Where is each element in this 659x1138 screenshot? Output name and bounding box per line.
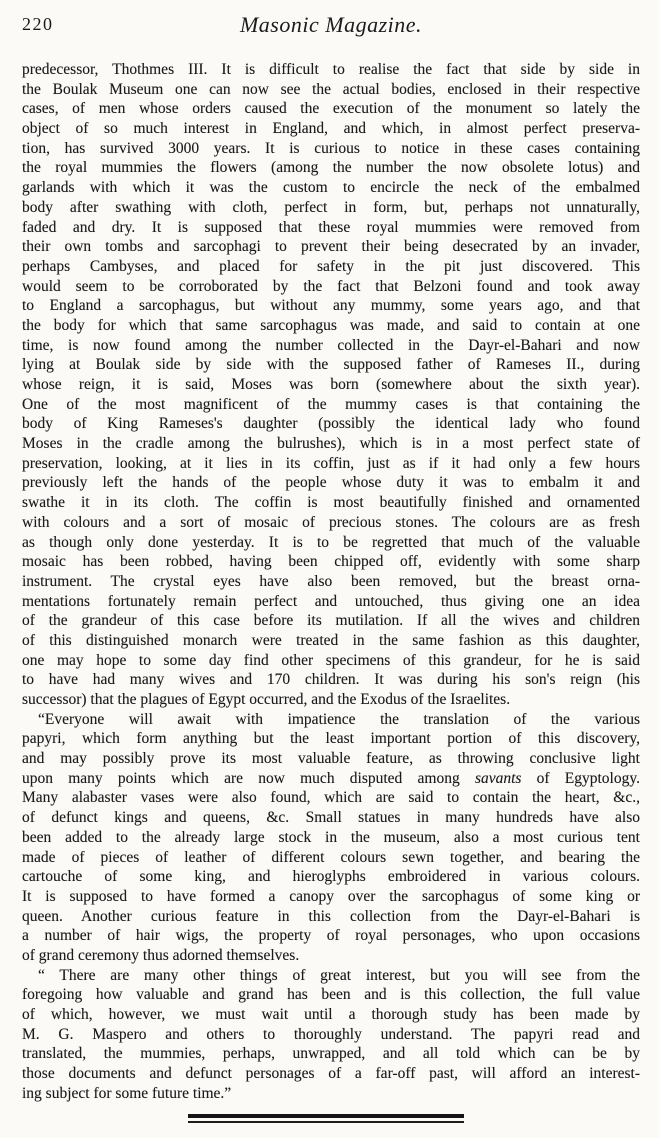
text-line: instrument. The crystal eyes have also b… <box>22 572 640 592</box>
text-line: lying at Boulak side by side with the su… <box>22 355 640 375</box>
text-line: faded and dry. It is supposed that these… <box>22 218 640 238</box>
text-line: Many alabaster vases were also found, wh… <box>22 788 640 808</box>
text-line: translated, the mummies, perhaps, unwrap… <box>22 1044 640 1064</box>
text-line: of the grandeur of this case before its … <box>22 611 640 631</box>
text-line: the body for which that same sarcophagus… <box>22 316 640 336</box>
text-line: upon many points which are now much disp… <box>22 769 640 789</box>
text-line: whose reign, it is said, Moses was born … <box>22 375 640 395</box>
text-line: perhaps Cambyses, and placed for safety … <box>22 257 640 277</box>
text-line: It is supposed to have formed a canopy o… <box>22 887 640 907</box>
text-line: One of the most magnificent of the mummy… <box>22 395 640 415</box>
text-line: object of so much interest in England, a… <box>22 119 640 139</box>
text-line: papyri, which form anything but the leas… <box>22 729 640 749</box>
text-line: cartouche of some king, and hieroglyphs … <box>22 867 640 887</box>
text-line: Moses in the cradle among the bulrushes)… <box>22 434 640 454</box>
text-line: of defunct kings and queens, &c. Small s… <box>22 808 640 828</box>
text-line: previously left the hands of the people … <box>22 473 640 493</box>
text-line: mentations fortunately remain perfect an… <box>22 592 640 612</box>
text-line: with colours and a sort of mosaic of pre… <box>22 513 640 533</box>
text-line: made of pieces of leather of different c… <box>22 848 640 868</box>
magazine-page: 220 Masonic Magazine. predecessor, Thoth… <box>0 0 659 1138</box>
end-rule-thick-line <box>188 1114 464 1118</box>
text-line: ing subject for some future time.” <box>22 1084 640 1104</box>
text-line: body after swathing with cloth, perfect … <box>22 198 640 218</box>
text-line: swathe it in its cloth. The coffin is mo… <box>22 493 640 513</box>
text-line: the royal mummies the flowers (among the… <box>22 158 640 178</box>
text-line: M. G. Maspero and others to thoroughly u… <box>22 1025 640 1045</box>
text-line: “ There are many other things of great i… <box>22 966 640 986</box>
text-line: “Everyone will await with impatience the… <box>22 710 640 730</box>
text-line: cases, of men whose orders caused the ex… <box>22 99 640 119</box>
text-line: to England a sarcophagus, but without an… <box>22 296 640 316</box>
text-line: tion, has survived 3000 years. It is cur… <box>22 139 640 159</box>
text-line: mosaic has been robbed, having been chip… <box>22 552 640 572</box>
paragraph: predecessor, Thothmes III. It is difficu… <box>22 60 640 710</box>
journal-title: Masonic Magazine. <box>22 12 640 38</box>
text-line: body of King Rameses's daughter (possibl… <box>22 414 640 434</box>
text-line: time, is now found among the number coll… <box>22 336 640 356</box>
text-line: and may possibly prove its most valuable… <box>22 749 640 769</box>
end-rule-thin-line <box>188 1121 464 1123</box>
text-line: of this distinguished monarch were treat… <box>22 631 640 651</box>
text-line: predecessor, Thothmes III. It is difficu… <box>22 60 640 80</box>
text-line: their own tombs and sarcophagi to preven… <box>22 237 640 257</box>
text-line: as though only done yesterday. It is to … <box>22 533 640 553</box>
paragraph: “Everyone will await with impatience the… <box>22 710 640 966</box>
section-end-rule <box>188 1114 464 1123</box>
article-body: predecessor, Thothmes III. It is difficu… <box>22 60 640 1103</box>
text-line: queen. Another curious feature in this c… <box>22 907 640 927</box>
text-line: a number of hair wigs, the property of r… <box>22 926 640 946</box>
text-line: been added to the already large stock in… <box>22 828 640 848</box>
text-line: the Boulak Museum one can now see the ac… <box>22 80 640 100</box>
paragraph: “ There are many other things of great i… <box>22 966 640 1104</box>
text-line: garlands with which it was the custom to… <box>22 178 640 198</box>
text-line: of grand ceremony thus adorned themselve… <box>22 946 640 966</box>
text-line: to have had many wives and 170 children.… <box>22 670 640 690</box>
text-line: foregoing how valuable and grand has bee… <box>22 985 640 1005</box>
text-line: of which, however, we must wait until a … <box>22 1005 640 1025</box>
text-line: one may hope to some day find other spec… <box>22 651 640 671</box>
text-line: successor) that the plagues of Egypt occ… <box>22 690 640 710</box>
page-header: 220 Masonic Magazine. <box>22 12 640 42</box>
text-line: those documents and defunct personages o… <box>22 1064 640 1084</box>
text-line: preservation, looking, at it lies in its… <box>22 454 640 474</box>
text-line: would seem to be corroborated by the fac… <box>22 277 640 297</box>
